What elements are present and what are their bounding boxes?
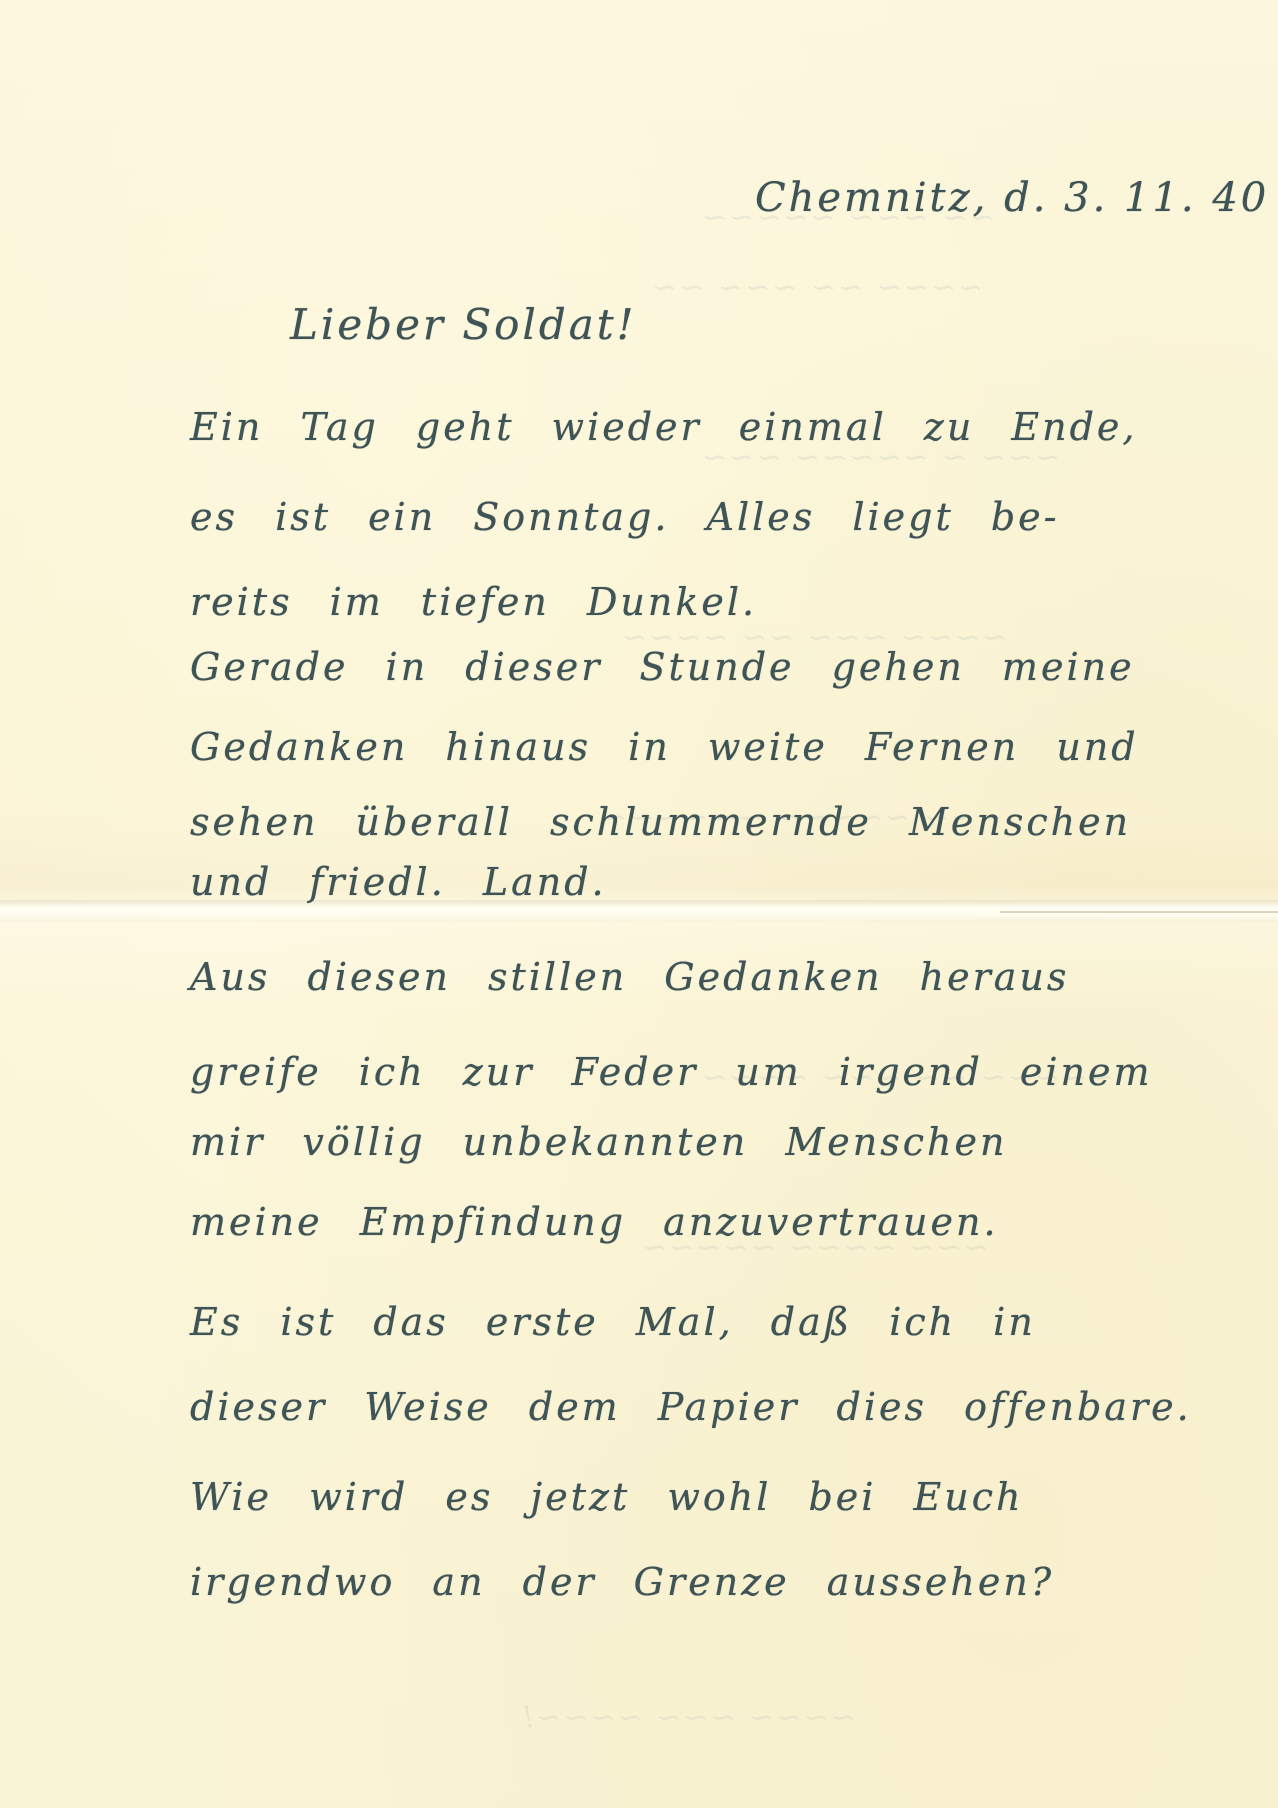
reverse-side-show-through: ~~~~ ~~ ~~~ ~~ xyxy=(650,270,983,305)
letter-line: irgendwo an der Grenze aussehen? xyxy=(190,1560,1054,1604)
letter-line: Aus diesen stillen Gedanken heraus xyxy=(190,955,1069,999)
letter-line: meine Empfindung anzuvertrauen. xyxy=(190,1200,999,1244)
letter-line: Ein Tag geht wieder einmal zu Ende, xyxy=(190,405,1137,449)
reverse-side-show-through: ~~~~ ~~~ ~~~~! xyxy=(520,1700,856,1735)
letter-line: es ist ein Sonntag. Alles liegt be- xyxy=(190,495,1059,539)
letter-paper: ~~ ~~~ ~~~~~ ~~~~ ~~ ~~~ ~~ ~~~ ~ ~~~~~ … xyxy=(0,0,1278,1808)
letter-line: Gerade in dieser Stunde gehen meine xyxy=(190,645,1135,689)
place-date: Chemnitz, d. 3. 11. 40 xyxy=(755,175,1269,221)
letter-line: Wie wird es jetzt wohl bei Euch xyxy=(190,1475,1023,1519)
letter-line: greife ich zur Feder um irgend einem xyxy=(190,1050,1153,1094)
letter-line: Gedanken hinaus in weite Fernen und xyxy=(190,725,1139,769)
letter-line: dieser Weise dem Papier dies offenbare. xyxy=(190,1385,1192,1429)
letter-line: sehen überall schlummernde Menschen xyxy=(190,800,1131,844)
letter-line: Es ist das erste Mal, daß ich in xyxy=(190,1300,1036,1344)
salutation: Lieber Soldat! xyxy=(290,300,637,349)
paper-fold-crease xyxy=(1000,911,1278,913)
letter-line: mir völlig unbekannten Menschen xyxy=(190,1120,1007,1164)
letter-line: und friedl. Land. xyxy=(190,860,607,904)
letter-line: reits im tiefen Dunkel. xyxy=(190,580,757,624)
